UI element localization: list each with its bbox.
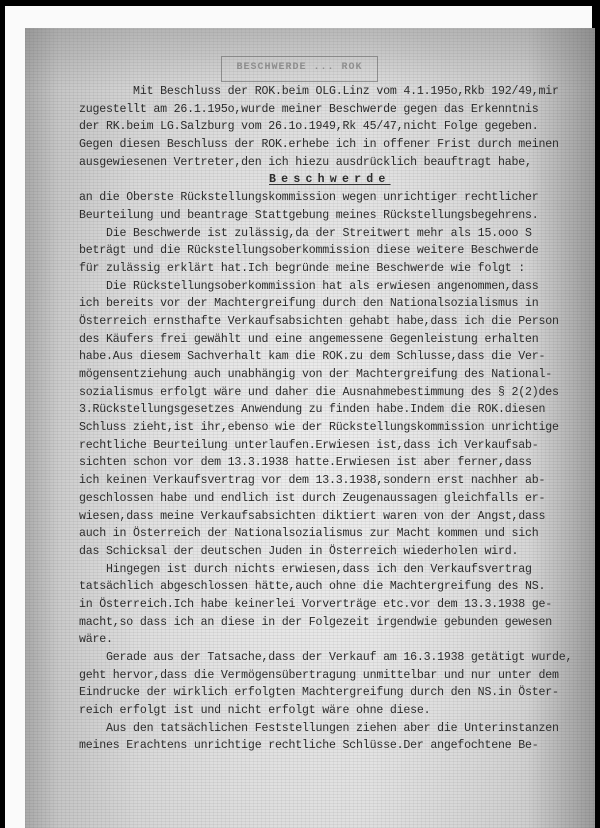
text-line: sichten schon vor dem 13.3.1938 hatte.Er… (79, 454, 589, 472)
text-line: tatsächlich abgeschlossen hätte,auch ohn… (79, 578, 589, 596)
text-line: Eindrucke der wirklich erfolgten Machter… (79, 684, 589, 702)
text-line: sozialismus erfolgt wäre und daher die A… (79, 384, 589, 402)
text-line: rechtliche Beurteilung unterlaufen.Erwie… (79, 437, 589, 455)
text-line: Gerade aus der Tatsache,dass der Verkauf… (79, 649, 589, 667)
text-line: des Käufers frei gewählt und eine angeme… (79, 331, 589, 349)
text-line: Die Beschwerde ist zulässig,da der Strei… (79, 225, 589, 243)
text-line: Die Rückstellungsoberkommission hat als … (79, 278, 589, 296)
text-line: der RK.beim LG.Salzburg vom 26.1o.1949,R… (79, 118, 589, 136)
scanned-page: BESCHWERDE ... ROK Mit Beschluss der ROK… (25, 28, 595, 828)
text-line: Hingegen ist durch nichts erwiesen,dass … (79, 561, 589, 579)
text-line: Beurteilung und beantrage Stattgebung me… (79, 207, 589, 225)
text-line: geschlossen habe und endlich ist durch Z… (79, 490, 589, 508)
text-line: ich bereits vor der Machtergreifung durc… (79, 295, 589, 313)
text-line: in Österreich.Ich habe keinerlei Vorvert… (79, 596, 589, 614)
typewritten-body: Mit Beschluss der ROK.beim OLG.Linz vom … (79, 83, 589, 755)
text-line: ausgewiesenen Vertreter,den ich hiezu au… (79, 154, 589, 172)
text-line: geht hervor,dass die Vermögensübertragun… (79, 667, 589, 685)
text-line: das Schicksal der deutschen Juden in Öst… (79, 543, 589, 561)
text-line: beträgt und die Rückstellungsoberkommiss… (79, 242, 589, 260)
text-line: auch in Österreich der Nationalsozialism… (79, 525, 589, 543)
text-line: wäre. (79, 631, 589, 649)
text-line: Gegen diesen Beschluss der ROK.erhebe ic… (79, 136, 589, 154)
document-heading: Beschwerde (79, 171, 589, 189)
text-line: meines Erachtens unrichtige rechtliche S… (79, 737, 589, 755)
text-line: Aus den tatsächlichen Feststellungen zie… (79, 720, 589, 738)
text-line: 3.Rückstellungsgesetzes Anwendung zu fin… (79, 401, 589, 419)
received-stamp: BESCHWERDE ... ROK (221, 56, 378, 82)
text-line: habe.Aus diesem Sachverhalt kam die ROK.… (79, 348, 589, 366)
text-line: Österreich ernsthafte Verkaufsabsichten … (79, 313, 589, 331)
text-line: Mit Beschluss der ROK.beim OLG.Linz vom … (79, 83, 589, 101)
text-line: wiesen,dass meine Verkaufsabsichten dikt… (79, 508, 589, 526)
text-line: Schluss zieht,ist ihr,ebenso wie der Rüc… (79, 419, 589, 437)
text-line: reich erfolgt ist und nicht erfolgt wäre… (79, 702, 589, 720)
text-line: macht,so dass ich an diese in der Folgez… (79, 614, 589, 632)
text-line: ich keinen Verkaufsvertrag vor dem 13.3.… (79, 472, 589, 490)
text-line: zugestellt am 26.1.195o,wurde meiner Bes… (79, 101, 589, 119)
scan-frame: BESCHWERDE ... ROK Mit Beschluss der ROK… (5, 6, 592, 828)
text-line: an die Oberste Rückstellungskommission w… (79, 189, 589, 207)
text-line: für zulässig erklärt hat.Ich begründe me… (79, 260, 589, 278)
text-line: mögensentziehung auch unabhängig von der… (79, 366, 589, 384)
heading-text: Beschwerde (269, 173, 391, 186)
